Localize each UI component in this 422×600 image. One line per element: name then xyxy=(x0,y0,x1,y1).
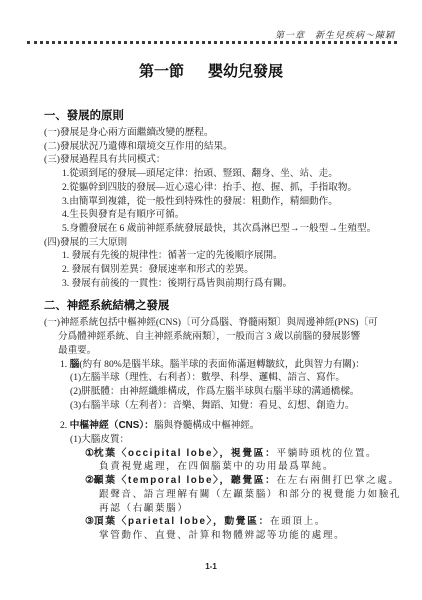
item-number: ② xyxy=(85,475,94,486)
list-item: 4.生長與發育是有順序可循。 xyxy=(62,208,400,222)
term-temporal-lobe: 顳葉〈temporal lobe〉，聽覺區： xyxy=(94,475,277,486)
text-line: 最重要。 xyxy=(58,344,400,358)
text-line: 負責視覺處理，在四個腦葉中的功用最爲單純。 xyxy=(99,460,400,474)
item-text: (約有 80%是腦半球。腦半球的表面佈滿迴轉皺紋，此與智力有關)： xyxy=(79,359,364,370)
list-item: (1)左腦半球（理性、右利者）：數學、科學、邏輯、語言、寫作。 xyxy=(70,371,400,385)
section-number: 第一節 xyxy=(139,63,184,80)
heading-development-principles: 一、發展的原則 xyxy=(44,109,400,124)
text-line: (一)發展是身心兩方面繼續改變的歷程。 xyxy=(44,126,400,140)
term-cns: 中樞神經（CNS）： xyxy=(70,420,154,431)
text-line: (二)發展狀況乃遺傳和環境交互作用的結果。 xyxy=(44,140,400,154)
page-title: 第一節嬰幼兒發展 xyxy=(0,60,422,81)
item-number: 1. xyxy=(60,359,70,370)
document-page: 第一章 新生兒疾病～陳穎 第一節嬰幼兒發展 一、發展的原則 (一)發展是身心兩方… xyxy=(0,0,422,600)
text-line: 分爲體神經系統、自主神經系統兩類〕，一般而言 3 歲以前腦的發展影響 xyxy=(58,330,400,344)
heading-nervous-system: 二、神經系統結構之發展 xyxy=(44,299,400,314)
item-number: ③ xyxy=(85,516,94,527)
item-text: 腦與脊髓構成中樞神經。 xyxy=(154,420,260,431)
running-header: 第一章 新生兒疾病～陳穎 xyxy=(275,28,395,41)
list-item: 2. 發展有個別差異：發展速率和形式的差異。 xyxy=(62,263,400,277)
section-title-text: 嬰幼兒發展 xyxy=(208,63,283,80)
item-text: 平躺時頭枕的位置。 xyxy=(276,448,377,459)
term-brain: 腦 xyxy=(70,359,80,370)
text-line: 再認（右顳葉腦） xyxy=(99,502,400,516)
list-item: (3)右腦半球（左利者）：音樂、舞蹈、知覺：看見、幻想、創造力。 xyxy=(70,399,400,413)
list-item: 5.身體發展在 6 歲前神經系統發展最快，其次爲淋巴型→一般型→生殖型。 xyxy=(62,222,400,236)
list-item-cns: 2. 中樞神經（CNS）：腦與脊髓構成中樞神經。 xyxy=(60,419,400,433)
text-line: 掌管動作、直覺、計算和物體辨認等功能的處理。 xyxy=(99,529,400,543)
item-text: 在頭頂上。 xyxy=(270,516,326,527)
list-item: 2.從軀幹到四肢的發展—近心遠心律：抬手、抱、握、抓，手指取物。 xyxy=(62,181,400,195)
text-line: (四)發展的三大原則 xyxy=(44,236,400,250)
list-item: 1.從頭到尾的發展—頭尾定律：抬頭、豎頸、翻身、坐、站、走。 xyxy=(62,167,400,181)
term-parietal-lobe: 頂葉〈parietal lobe〉，動覺區： xyxy=(94,516,270,527)
list-item: 1. 發展有先後的規律性：循著一定的先後順序展開。 xyxy=(62,249,400,263)
text-line: 跟聲音、語言理解有關（左顳葉腦）和部分的視覺能力如臉孔 xyxy=(99,488,400,502)
text-line: (三)發展過程具有共同模式： xyxy=(44,153,400,167)
list-item-occipital-lobe: ①枕葉〈occipital lobe〉，視覺區：平躺時頭枕的位置。 xyxy=(85,447,400,461)
footer-page-number: 1-1 xyxy=(0,562,422,571)
list-item-parietal-lobe: ③頂葉〈parietal lobe〉，動覺區：在頭頂上。 xyxy=(85,515,400,529)
text-line: (一)神經系統包括中樞神經(CNS)〔可分爲腦、脊髓兩類〕與周邊神經(PNS)〔… xyxy=(44,316,400,330)
list-item-temporal-lobe: ②顳葉〈temporal lobe〉，聽覺區：在左右兩側打巴掌之處。 xyxy=(85,474,400,488)
list-item: 3. 發展有前後的一貫性：後期行爲皆與前期行爲有關。 xyxy=(62,277,400,291)
list-item-brain: 1. 腦(約有 80%是腦半球。腦半球的表面佈滿迴轉皺紋，此與智力有關)： xyxy=(60,358,400,372)
item-text: 在左右兩側打巴掌之處。 xyxy=(277,475,400,486)
list-item: 3.由簡單到複雜，從一般性到特殊性的發展：粗動作，精細動作。 xyxy=(62,195,400,209)
item-number: ① xyxy=(85,448,94,459)
term-occipital-lobe: 枕葉〈occipital lobe〉，視覺區： xyxy=(94,448,277,459)
list-item: (1)大腦皮質： xyxy=(70,433,400,447)
dotted-divider xyxy=(27,41,397,44)
document-body: 一、發展的原則 (一)發展是身心兩方面繼續改變的歷程。 (二)發展狀況乃遺傳和環… xyxy=(44,109,400,543)
list-item: (2)胼胝體：由神經纖維構成，作爲左腦半球與右腦半球的溝通橋樑。 xyxy=(70,385,400,399)
item-number: 2. xyxy=(60,420,70,431)
